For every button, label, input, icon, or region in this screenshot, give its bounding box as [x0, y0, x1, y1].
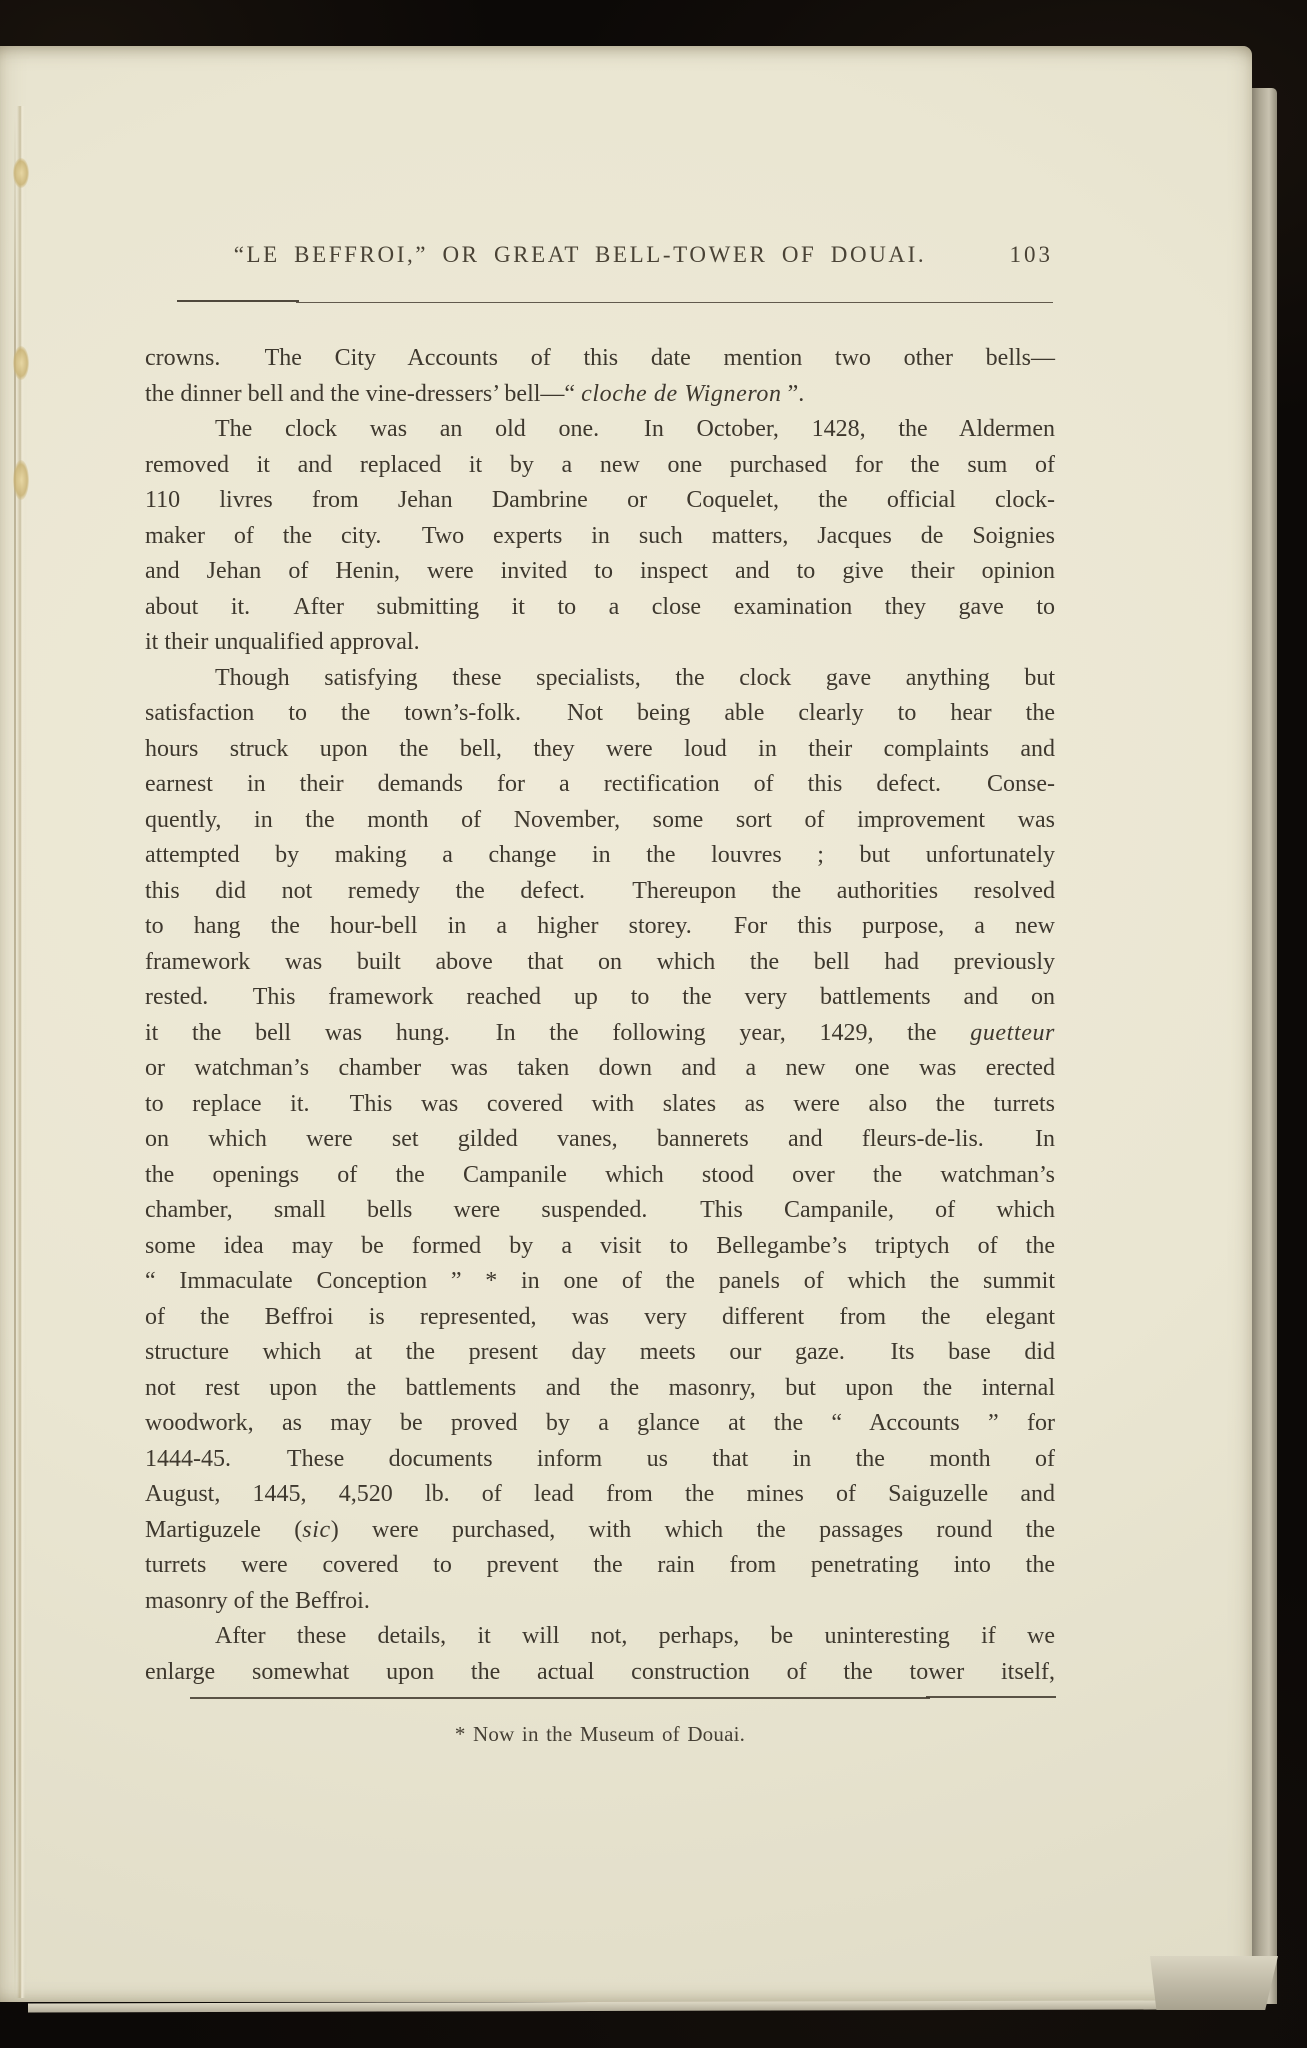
text-segment: rested. This framework reached up to the… — [145, 984, 1055, 1010]
fore-edge-pages — [1252, 88, 1277, 2004]
text-segment: not rest upon the battlements and the ma… — [145, 1375, 1055, 1401]
footnote-rule — [190, 1697, 930, 1699]
text-line: framework was built above that on which … — [145, 945, 1055, 981]
text-line: After these details, it will not, perhap… — [145, 1619, 1055, 1655]
bottom-page-edges — [28, 2001, 1160, 2013]
text-line: and Jehan of Henin, were invited to insp… — [145, 554, 1055, 590]
text-line: the openings of the Campanile which stoo… — [145, 1158, 1055, 1194]
paragraph: Though satisfying these specialists, the… — [145, 661, 1055, 1620]
text-line: August, 1445, 4,520 lb. of lead from the… — [145, 1477, 1055, 1513]
text-segment: removed it and replaced it by a new one … — [145, 452, 1055, 478]
text-segment: about it. After submitting it to a close… — [145, 594, 1055, 620]
text-segment: satisfaction to the town’s-folk. Not bei… — [145, 700, 1055, 726]
text-line: woodwork, as may be proved by a glance a… — [145, 1406, 1055, 1442]
photo-background: “LE BEFFROI,” OR GREAT BELL-TOWER OF DOU… — [0, 0, 1307, 2048]
header-rule — [296, 302, 1053, 304]
text-line: the dinner bell and the vine-dressers’ b… — [145, 377, 1055, 413]
corner-page-edges — [1150, 1956, 1278, 2010]
text-segment: The clock was an old one. In October, 14… — [215, 416, 1055, 442]
text-segment: framework was built above that on which … — [145, 949, 1055, 975]
text-segment: woodwork, as may be proved by a glance a… — [145, 1410, 1055, 1436]
text-line: chamber, small bells were suspended. Thi… — [145, 1193, 1055, 1229]
text-line: quently, in the month of November, some … — [145, 803, 1055, 839]
footnote: * Now in the Museum of Douai. — [145, 1722, 1055, 1747]
text-segment: the dinner bell and the vine-dressers’ b… — [145, 381, 581, 407]
text-line: to hang the hour-bell in a higher storey… — [145, 909, 1055, 945]
text-line: not rest upon the battlements and the ma… — [145, 1371, 1055, 1407]
text-segment: After these details, it will not, perhap… — [215, 1623, 1055, 1649]
text-segment: Martiguzele ( — [145, 1517, 302, 1543]
text-segment: enlarge somewhat upon the actual constru… — [145, 1659, 1055, 1685]
text-line: turrets were covered to prevent the rain… — [145, 1548, 1055, 1584]
text-segment: and Jehan of Henin, were invited to insp… — [145, 558, 1055, 584]
text-line: Though satisfying these specialists, the… — [145, 661, 1055, 697]
text-segment: on which were set gilded vanes, banneret… — [145, 1126, 1055, 1152]
paragraph: crowns. The City Accounts of this date m… — [145, 341, 1055, 412]
text-line: satisfaction to the town’s-folk. Not bei… — [145, 696, 1055, 732]
text-line: hours struck upon the bell, they were lo… — [145, 732, 1055, 768]
text-segment: it their unqualified approval. — [145, 629, 420, 655]
text-segment: 1444-45. These documents inform us that … — [145, 1446, 1055, 1472]
text-segment: August, 1445, 4,520 lb. of lead from the… — [145, 1481, 1055, 1507]
italic-text: guetteur — [970, 1020, 1055, 1046]
text-segment: this did not remedy the defect. Thereupo… — [145, 878, 1055, 904]
text-segment: to hang the hour-bell in a higher storey… — [145, 913, 1055, 939]
text-line: maker of the city. Two experts in such m… — [145, 519, 1055, 555]
text-line: “ Immaculate Conception ” * in one of th… — [145, 1264, 1055, 1300]
italic-text: cloche de Wigneron — [581, 381, 782, 407]
text-segment: earnest in their demands for a rectifica… — [145, 771, 1055, 797]
text-line: it their unqualified approval. — [145, 625, 1055, 661]
text-line: on which were set gilded vanes, banneret… — [145, 1122, 1055, 1158]
text-segment: of the Beffroi is represented, was very … — [145, 1304, 1055, 1330]
text-line: enlarge somewhat upon the actual constru… — [145, 1655, 1055, 1691]
text-line: earnest in their demands for a rectifica… — [145, 767, 1055, 803]
binding-stitch-thread — [13, 460, 29, 500]
text-segment: hours struck upon the bell, they were lo… — [145, 736, 1055, 762]
text-segment: the openings of the Campanile which stoo… — [145, 1162, 1055, 1188]
text-segment: masonry of the Beffroi. — [145, 1588, 370, 1614]
text-segment: turrets were covered to prevent the rain… — [145, 1552, 1055, 1578]
text-line: some idea may be formed by a visit to Be… — [145, 1229, 1055, 1265]
text-segment: chamber, small bells were suspended. Thi… — [145, 1197, 1055, 1223]
text-segment: quently, in the month of November, some … — [145, 807, 1055, 833]
paragraph: After these details, it will not, perhap… — [145, 1619, 1055, 1690]
body-text: crowns. The City Accounts of this date m… — [145, 341, 1055, 1690]
text-line: The clock was an old one. In October, 14… — [145, 412, 1055, 448]
text-segment: some idea may be formed by a visit to Be… — [145, 1233, 1055, 1259]
book-page: “LE BEFFROI,” OR GREAT BELL-TOWER OF DOU… — [0, 46, 1252, 2002]
text-segment: maker of the city. Two experts in such m… — [145, 523, 1055, 549]
binding-edge-line — [14, 116, 16, 1996]
text-line: this did not remedy the defect. Thereupo… — [145, 874, 1055, 910]
text-line: Martiguzele (sic) were purchased, with w… — [145, 1513, 1055, 1549]
text-segment: 110 livres from Jehan Dambrine or Coquel… — [145, 487, 1055, 513]
text-line: of the Beffroi is represented, was very … — [145, 1300, 1055, 1336]
italic-text: sic — [302, 1517, 330, 1543]
text-line: attempted by making a change in the louv… — [145, 838, 1055, 874]
text-line: rested. This framework reached up to the… — [145, 980, 1055, 1016]
text-line: or watchman’s chamber was taken down and… — [145, 1051, 1055, 1087]
text-segment: or watchman’s chamber was taken down and… — [145, 1055, 1055, 1081]
footnote-rule — [926, 1696, 1056, 1698]
binding-stitch-thread — [13, 158, 29, 188]
text-line: about it. After submitting it to a close… — [145, 590, 1055, 626]
text-segment: ) were purchased, with which the passage… — [331, 1517, 1055, 1543]
text-line: masonry of the Beffroi. — [145, 1584, 1055, 1620]
text-segment: crowns. The City Accounts of this date m… — [145, 345, 1055, 371]
text-segment: to replace it. This was covered with sla… — [145, 1091, 1055, 1117]
text-line: structure which at the present day meets… — [145, 1335, 1055, 1371]
text-segment: attempted by making a change in the louv… — [145, 842, 1055, 868]
text-line: 110 livres from Jehan Dambrine or Coquel… — [145, 483, 1055, 519]
text-line: crowns. The City Accounts of this date m… — [145, 341, 1055, 377]
running-header-title: “LE BEFFROI,” OR GREAT BELL-TOWER OF DOU… — [145, 242, 1015, 268]
text-segment: Though satisfying these specialists, the… — [215, 665, 1055, 691]
binding-stitch-thread — [13, 346, 29, 380]
text-line: to replace it. This was covered with sla… — [145, 1087, 1055, 1123]
text-segment: “ Immaculate Conception ” * in one of th… — [145, 1268, 1055, 1294]
binding-crease — [17, 106, 25, 1998]
text-line: 1444-45. These documents inform us that … — [145, 1442, 1055, 1478]
text-line: it the bell was hung. In the following y… — [145, 1016, 1055, 1052]
text-segment: ”. — [782, 381, 805, 407]
header-rule — [177, 300, 299, 302]
text-segment: structure which at the present day meets… — [145, 1339, 1055, 1365]
paragraph: The clock was an old one. In October, 14… — [145, 412, 1055, 661]
text-segment: it the bell was hung. In the following y… — [145, 1020, 970, 1046]
page-number: 103 — [1010, 242, 1054, 268]
text-line: removed it and replaced it by a new one … — [145, 448, 1055, 484]
running-header: “LE BEFFROI,” OR GREAT BELL-TOWER OF DOU… — [145, 242, 1055, 278]
